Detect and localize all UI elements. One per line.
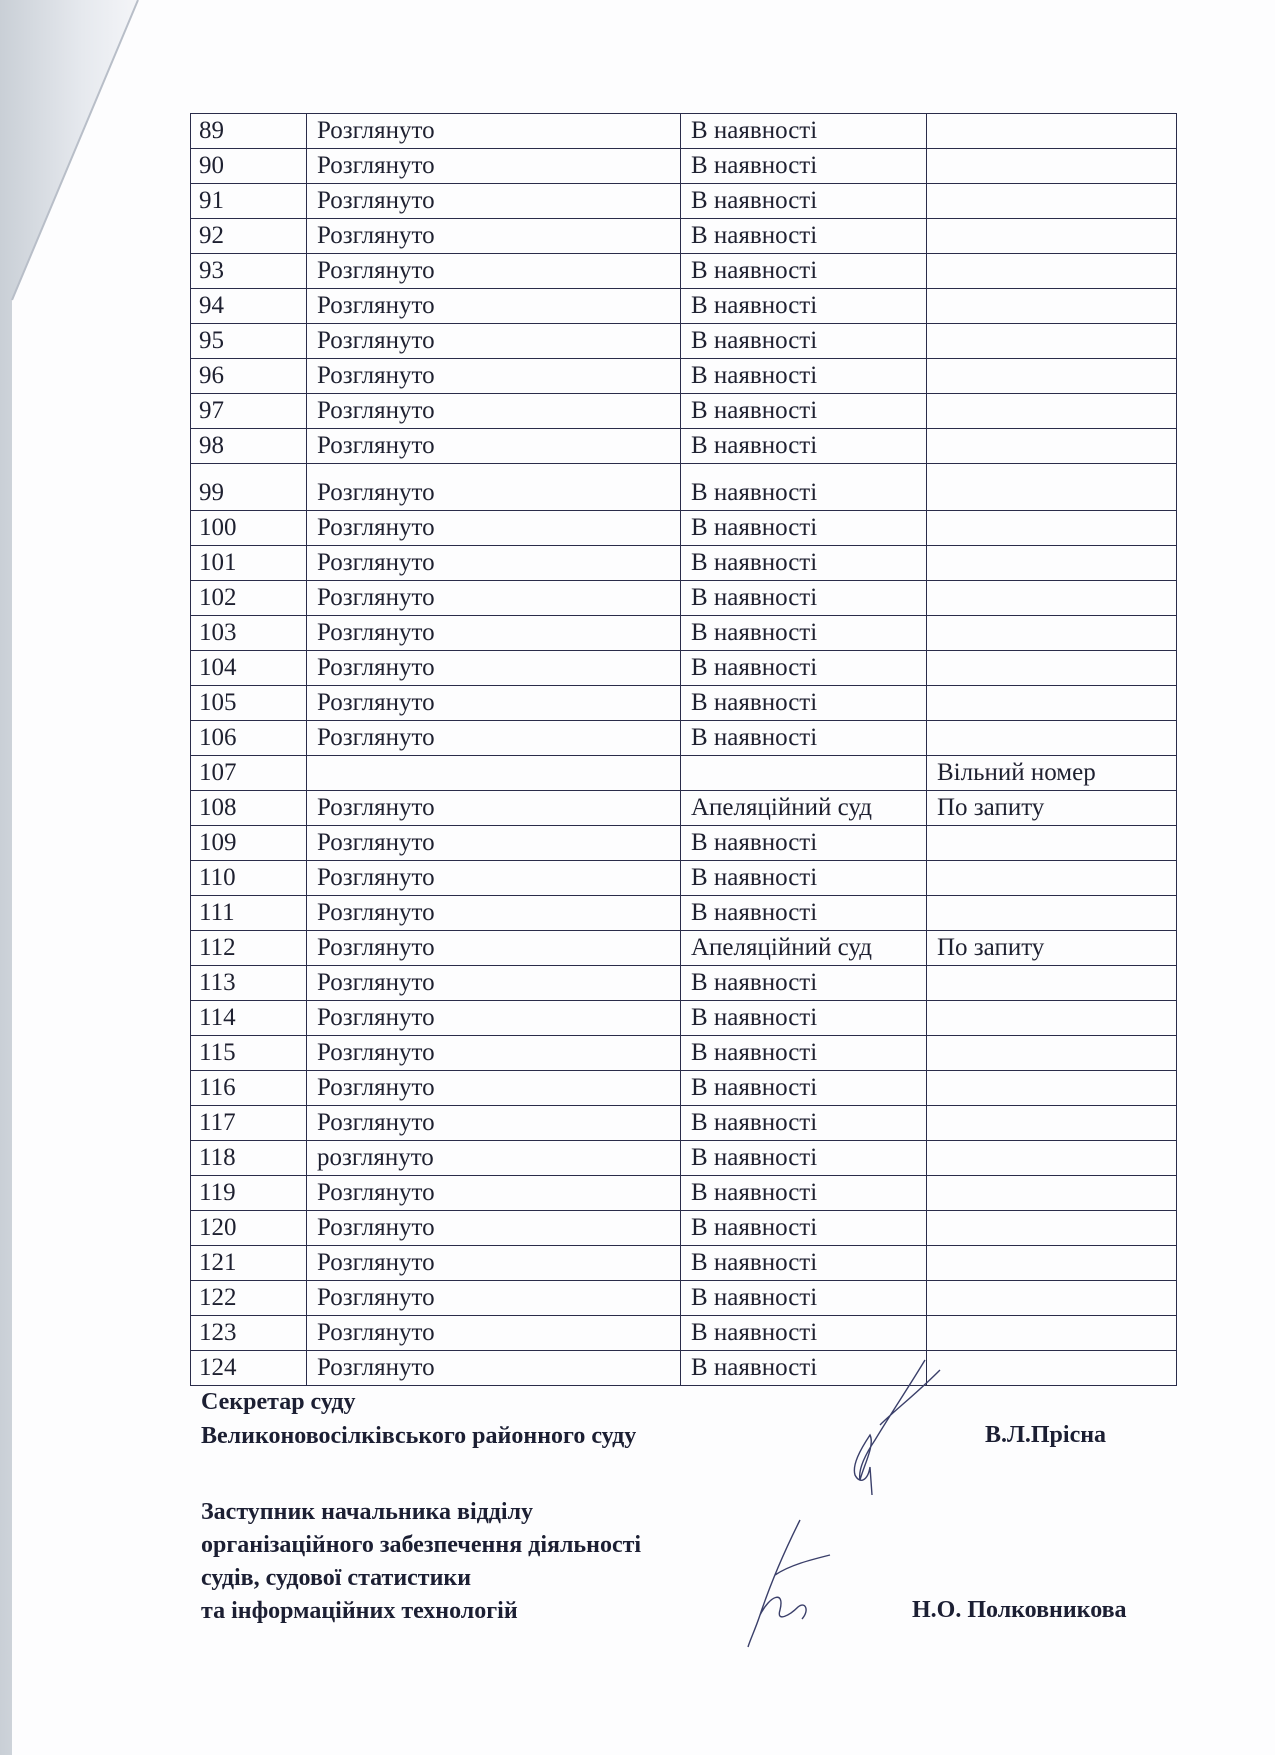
row-status: Розглянуто: [307, 511, 681, 546]
table-row: 92РозглянутоВ наявності: [191, 219, 1177, 254]
row-location: В наявності: [681, 1071, 927, 1106]
row-number: 93: [191, 254, 307, 289]
row-note: [927, 1211, 1177, 1246]
row-status: Розглянуто: [307, 114, 681, 149]
row-status: Розглянуто: [307, 1351, 681, 1386]
row-location: В наявності: [681, 721, 927, 756]
row-location: В наявності: [681, 1106, 927, 1141]
row-status: Розглянуто: [307, 966, 681, 1001]
row-number: 107: [191, 756, 307, 791]
row-location: В наявності: [681, 686, 927, 721]
row-location: В наявності: [681, 219, 927, 254]
table-body: 89РозглянутоВ наявності90РозглянутоВ ная…: [191, 114, 1177, 1386]
row-location: В наявності: [681, 1141, 927, 1176]
row-status: Розглянуто: [307, 1071, 681, 1106]
table-row: 123РозглянутоВ наявності: [191, 1316, 1177, 1351]
table-row: 115РозглянутоВ наявності: [191, 1036, 1177, 1071]
table-row: 101РозглянутоВ наявності: [191, 546, 1177, 581]
row-status: Розглянуто: [307, 1246, 681, 1281]
table-row: 91РозглянутоВ наявності: [191, 184, 1177, 219]
row-status: Розглянуто: [307, 616, 681, 651]
row-note: [927, 861, 1177, 896]
row-number: 121: [191, 1246, 307, 1281]
table-row: 109РозглянутоВ наявності: [191, 826, 1177, 861]
table-row: 95РозглянутоВ наявності: [191, 324, 1177, 359]
row-note: [927, 464, 1177, 511]
table-row: 96РозглянутоВ наявності: [191, 359, 1177, 394]
row-status: Розглянуто: [307, 546, 681, 581]
row-note: [927, 254, 1177, 289]
table-row: 97РозглянутоВ наявності: [191, 394, 1177, 429]
row-status: Розглянуто: [307, 184, 681, 219]
table-row: 90РозглянутоВ наявності: [191, 149, 1177, 184]
row-number: 90: [191, 149, 307, 184]
deputy-name: Н.О. Полковникова: [912, 1597, 1127, 1624]
row-number: 118: [191, 1141, 307, 1176]
row-location: В наявності: [681, 616, 927, 651]
row-status: Розглянуто: [307, 651, 681, 686]
row-number: 92: [191, 219, 307, 254]
table-row: 99РозглянутоВ наявності: [191, 464, 1177, 511]
table-row: 89РозглянутоВ наявності: [191, 114, 1177, 149]
row-status: [307, 756, 681, 791]
row-location: В наявності: [681, 429, 927, 464]
deputy-title-line4: та інформаційних технологій: [201, 1597, 518, 1626]
row-location: В наявності: [681, 1176, 927, 1211]
row-location: В наявності: [681, 1316, 927, 1351]
secretary-title-line2: Великоновосілківського районного суду: [201, 1422, 636, 1451]
row-number: 97: [191, 394, 307, 429]
row-note: [927, 394, 1177, 429]
deputy-title-line1: Заступник начальника відділу: [201, 1498, 533, 1527]
row-status: Розглянуто: [307, 1036, 681, 1071]
table-row: 103РозглянутоВ наявності: [191, 616, 1177, 651]
table-row: 118розглянутоВ наявності: [191, 1141, 1177, 1176]
row-location: В наявності: [681, 464, 927, 511]
row-location: В наявності: [681, 394, 927, 429]
row-status: Розглянуто: [307, 721, 681, 756]
deputy-title-line2: організаційного забезпечення діяльності: [201, 1531, 641, 1560]
row-note: [927, 616, 1177, 651]
row-location: В наявності: [681, 966, 927, 1001]
row-note: [927, 429, 1177, 464]
row-number: 112: [191, 931, 307, 966]
row-location: В наявності: [681, 114, 927, 149]
table-row: 119РозглянутоВ наявності: [191, 1176, 1177, 1211]
row-location: В наявності: [681, 324, 927, 359]
row-note: [927, 1036, 1177, 1071]
row-note: [927, 289, 1177, 324]
row-number: 96: [191, 359, 307, 394]
row-number: 122: [191, 1281, 307, 1316]
row-location: В наявності: [681, 546, 927, 581]
row-note: [927, 219, 1177, 254]
row-status: Розглянуто: [307, 149, 681, 184]
row-status: Розглянуто: [307, 219, 681, 254]
table-row: 100РозглянутоВ наявності: [191, 511, 1177, 546]
row-note: Вільний номер: [927, 756, 1177, 791]
case-status-table: 89РозглянутоВ наявності90РозглянутоВ ная…: [190, 113, 1177, 1386]
table-row: 113РозглянутоВ наявності: [191, 966, 1177, 1001]
row-number: 104: [191, 651, 307, 686]
row-status: Розглянуто: [307, 931, 681, 966]
row-status: Розглянуто: [307, 1316, 681, 1351]
table-row: 120РозглянутоВ наявності: [191, 1211, 1177, 1246]
table-row: 124РозглянутоВ наявності: [191, 1351, 1177, 1386]
row-note: [927, 1316, 1177, 1351]
row-note: [927, 184, 1177, 219]
row-location: В наявності: [681, 511, 927, 546]
table-row: 114РозглянутоВ наявності: [191, 1001, 1177, 1036]
row-status: Розглянуто: [307, 359, 681, 394]
row-number: 106: [191, 721, 307, 756]
row-location: В наявності: [681, 861, 927, 896]
row-number: 120: [191, 1211, 307, 1246]
row-location: В наявності: [681, 1211, 927, 1246]
row-note: [927, 1001, 1177, 1036]
row-note: [927, 149, 1177, 184]
row-number: 114: [191, 1001, 307, 1036]
table-row: 108РозглянутоАпеляційний судПо запиту: [191, 791, 1177, 826]
row-status: Розглянуто: [307, 1176, 681, 1211]
row-note: [927, 581, 1177, 616]
row-location: В наявності: [681, 289, 927, 324]
table-row: 98РозглянутоВ наявності: [191, 429, 1177, 464]
row-number: 89: [191, 114, 307, 149]
row-number: 124: [191, 1351, 307, 1386]
row-status: Розглянуто: [307, 1281, 681, 1316]
row-number: 111: [191, 896, 307, 931]
row-note: По запиту: [927, 791, 1177, 826]
row-number: 102: [191, 581, 307, 616]
row-status: Розглянуто: [307, 1001, 681, 1036]
row-number: 117: [191, 1106, 307, 1141]
row-number: 98: [191, 429, 307, 464]
row-status: Розглянуто: [307, 1211, 681, 1246]
row-status: Розглянуто: [307, 581, 681, 616]
row-location: В наявності: [681, 254, 927, 289]
table-row: 112РозглянутоАпеляційний судПо запиту: [191, 931, 1177, 966]
row-location: В наявності: [681, 1001, 927, 1036]
row-note: [927, 546, 1177, 581]
row-status: Розглянуто: [307, 686, 681, 721]
row-location: В наявності: [681, 1281, 927, 1316]
row-number: 115: [191, 1036, 307, 1071]
row-location: В наявності: [681, 1351, 927, 1386]
secretary-name: В.Л.Прісна: [985, 1422, 1106, 1449]
row-status: Розглянуто: [307, 289, 681, 324]
row-status: Розглянуто: [307, 394, 681, 429]
row-number: 109: [191, 826, 307, 861]
row-number: 116: [191, 1071, 307, 1106]
row-number: 108: [191, 791, 307, 826]
row-note: [927, 1141, 1177, 1176]
row-location: В наявності: [681, 359, 927, 394]
row-note: [927, 511, 1177, 546]
table-row: 110РозглянутоВ наявності: [191, 861, 1177, 896]
table-row: 111РозглянутоВ наявності: [191, 896, 1177, 931]
row-note: [927, 966, 1177, 1001]
row-status: Розглянуто: [307, 1106, 681, 1141]
table-row: 105РозглянутоВ наявності: [191, 686, 1177, 721]
row-note: [927, 1106, 1177, 1141]
row-location: В наявності: [681, 581, 927, 616]
row-location: Апеляційний суд: [681, 931, 927, 966]
row-location: В наявності: [681, 184, 927, 219]
row-number: 113: [191, 966, 307, 1001]
table-row: 116РозглянутоВ наявності: [191, 1071, 1177, 1106]
row-note: [927, 324, 1177, 359]
row-number: 99: [191, 464, 307, 511]
row-number: 119: [191, 1176, 307, 1211]
table-row: 93РозглянутоВ наявності: [191, 254, 1177, 289]
row-number: 100: [191, 511, 307, 546]
row-location: В наявності: [681, 1036, 927, 1071]
row-number: 110: [191, 861, 307, 896]
row-note: [927, 721, 1177, 756]
row-number: 94: [191, 289, 307, 324]
table-row: 104РозглянутоВ наявності: [191, 651, 1177, 686]
row-note: [927, 686, 1177, 721]
row-status: Розглянуто: [307, 429, 681, 464]
row-number: 103: [191, 616, 307, 651]
row-number: 101: [191, 546, 307, 581]
row-status: Розглянуто: [307, 254, 681, 289]
row-location: [681, 756, 927, 791]
deputy-title-line3: судів, судової статистики: [201, 1564, 471, 1593]
table-row: 102РозглянутоВ наявності: [191, 581, 1177, 616]
table-row: 121РозглянутоВ наявності: [191, 1246, 1177, 1281]
row-status: Розглянуто: [307, 896, 681, 931]
secretary-title-line1: Секретар суду: [201, 1388, 356, 1417]
row-status: Розглянуто: [307, 826, 681, 861]
table-row: 94РозглянутоВ наявності: [191, 289, 1177, 324]
table-row: 107Вільний номер: [191, 756, 1177, 791]
row-note: По запиту: [927, 931, 1177, 966]
row-location: В наявності: [681, 896, 927, 931]
row-status: Розглянуто: [307, 324, 681, 359]
row-note: [927, 1176, 1177, 1211]
deputy-signature: [730, 1515, 840, 1655]
row-location: Апеляційний суд: [681, 791, 927, 826]
row-note: [927, 114, 1177, 149]
row-location: В наявності: [681, 1246, 927, 1281]
row-note: [927, 1281, 1177, 1316]
row-status: Розглянуто: [307, 464, 681, 511]
page-fold-shadow: [0, 0, 140, 1755]
row-note: [927, 1071, 1177, 1106]
row-note: [927, 826, 1177, 861]
row-note: [927, 651, 1177, 686]
row-number: 123: [191, 1316, 307, 1351]
row-note: [927, 359, 1177, 394]
row-location: В наявності: [681, 651, 927, 686]
row-location: В наявності: [681, 826, 927, 861]
row-note: [927, 1351, 1177, 1386]
row-note: [927, 896, 1177, 931]
row-number: 95: [191, 324, 307, 359]
row-status: розглянуто: [307, 1141, 681, 1176]
row-number: 105: [191, 686, 307, 721]
table-row: 117РозглянутоВ наявності: [191, 1106, 1177, 1141]
row-number: 91: [191, 184, 307, 219]
row-status: Розглянуто: [307, 791, 681, 826]
row-status: Розглянуто: [307, 861, 681, 896]
table-row: 106РозглянутоВ наявності: [191, 721, 1177, 756]
row-note: [927, 1246, 1177, 1281]
table-row: 122РозглянутоВ наявності: [191, 1281, 1177, 1316]
row-location: В наявності: [681, 149, 927, 184]
